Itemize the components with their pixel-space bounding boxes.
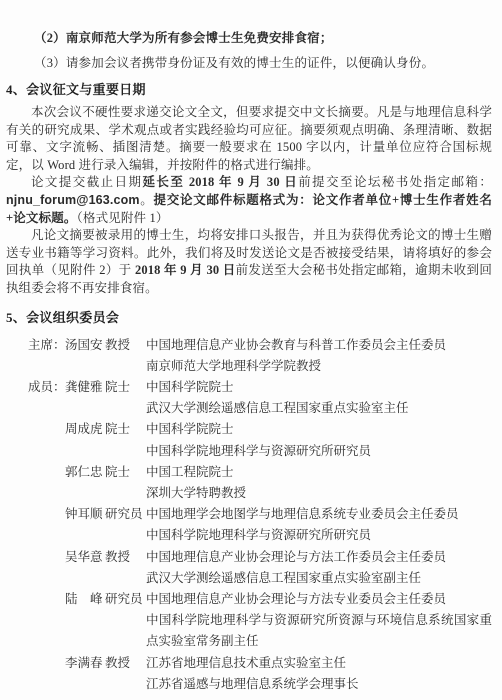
member-role — [28, 653, 65, 695]
member-role: 主席： — [28, 335, 65, 377]
member-role — [28, 504, 65, 546]
committee-row: 陆 峰 研究员 中国地理信息产业协会理论与方法专业委员会主任委员中国科学院地理科… — [28, 589, 492, 653]
member-affiliations: 中国地理信息产业协会教育与科普工作委员会主任委员南京师范大学地理科学学院教授 — [146, 335, 492, 377]
affiliation-line: 中国科学院地理科学与资源研究所研究员 — [146, 525, 492, 546]
member-title: 研究员 — [105, 504, 146, 546]
member-name: 汤国安 — [65, 335, 105, 377]
member-title: 教授 — [105, 547, 146, 589]
affiliation-line: 中国地理学会地图学与地理信息系统专业委员会主任委员 — [146, 504, 492, 525]
affiliation-line: 中国科学院地理科学与资源研究所研究员 — [146, 441, 492, 462]
affiliation-line: 中国地理信息产业协会理论与方法工作委员会主任委员 — [146, 547, 492, 568]
affiliation-line: 中国地理信息产业协会理论与方法专业委员会主任委员 — [146, 589, 492, 610]
text-run: 。 — [140, 193, 154, 207]
member-role — [28, 547, 65, 589]
member-affiliations: 江苏省地理信息技术重点实验室主任江苏省遥感与地理信息系统学会理事长 — [146, 653, 492, 695]
affiliation-line: 武汉大学测绘遥感信息工程国家重点实验室主任 — [146, 398, 492, 419]
member-title: 研究员 — [105, 589, 146, 653]
committee-row: 钟耳顺 研究员 中国地理学会地图学与地理信息系统专业委员会主任委员中国科学院地理… — [28, 504, 492, 546]
member-name: 吴华意 — [65, 547, 105, 589]
member-title: 院士 — [105, 462, 146, 504]
affiliation-line: 中国科学院院士 — [146, 419, 492, 440]
committee-list: 主席： 汤国安 教授 中国地理信息产业协会教育与科普工作委员会主任委员南京师范大… — [6, 335, 492, 695]
paragraph-submission-deadline: 论文提交截止日期延长至 2018 年 9 月 30 日前提交至论坛秘书处指定邮箱… — [6, 174, 492, 227]
member-affiliations: 中国工程院院士深圳大学特聘教授 — [146, 462, 492, 504]
member-title: 教授 — [105, 653, 146, 695]
member-name: 陆 峰 — [65, 589, 105, 653]
member-affiliations: 中国科学院院士武汉大学测绘遥感信息工程国家重点实验室主任 — [146, 377, 492, 419]
member-role — [28, 419, 65, 461]
text-run: 延长至 2018 年 9 月 30 日 — [142, 175, 298, 189]
affiliation-line: 江苏省遥感与地理信息系统学会理事长 — [146, 674, 492, 695]
section-4-heading: 4、会议征文与重要日期 — [6, 79, 492, 100]
document-page: （2）南京师范大学为所有参会博士生免费安排食宿；（3）请参加会议者携带身份证及有… — [0, 0, 502, 700]
member-affiliations: 中国科学院院士中国科学院地理科学与资源研究所研究员 — [146, 419, 492, 461]
committee-row: 周成虎 院士 中国科学院院士中国科学院地理科学与资源研究所研究员 — [28, 419, 492, 461]
committee-row: 成员： 龚健雅 院士 中国科学院院士武汉大学测绘遥感信息工程国家重点实验室主任 — [28, 377, 492, 419]
member-affiliations: 中国地理信息产业协会理论与方法工作委员会主任委员武汉大学测绘遥感信息工程国家重点… — [146, 547, 492, 589]
note-item: （3）请参加会议者携带身份证及有效的博士生的证件，以便确认身份。 — [6, 51, 492, 76]
committee-row: 主席： 汤国安 教授 中国地理信息产业协会教育与科普工作委员会主任委员南京师范大… — [28, 335, 492, 377]
member-title: 教授 — [105, 335, 146, 377]
member-title: 院士 — [105, 377, 146, 419]
affiliation-line: 中国地理信息产业协会教育与科普工作委员会主任委员 — [146, 335, 492, 356]
member-affiliations: 中国地理学会地图学与地理信息系统专业委员会主任委员中国科学院地理科学与资源研究所… — [146, 504, 492, 546]
paragraph-acceptance-notice: 凡论文摘要被录用的博士生，均将安排口头报告，并且为获得优秀论文的博士生赠送专业书… — [6, 227, 492, 297]
affiliation-line: 中国工程院院士 — [146, 462, 492, 483]
text-run: 论文提交截止日期 — [31, 175, 142, 189]
committee-row: 郭仁忠 院士 中国工程院院士深圳大学特聘教授 — [28, 462, 492, 504]
member-name: 龚健雅 — [65, 377, 105, 419]
member-affiliations: 中国地理信息产业协会理论与方法专业委员会主任委员中国科学院地理科学与资源研究所资… — [146, 589, 492, 653]
affiliation-line: 江苏省地理信息技术重点实验室主任 — [146, 653, 492, 674]
committee-row: 吴华意 教授 中国地理信息产业协会理论与方法工作委员会主任委员武汉大学测绘遥感信… — [28, 547, 492, 589]
paragraph-abstract-requirements: 本次会议不硬性要求递交论文全文，但要求提交中文长摘要。凡是与地理信息科学有关的研… — [6, 104, 492, 174]
member-name: 郭仁忠 — [65, 462, 105, 504]
member-name: 李满春 — [65, 653, 105, 695]
member-name: 钟耳顺 — [65, 504, 105, 546]
affiliation-line: 武汉大学测绘遥感信息工程国家重点实验室副主任 — [146, 568, 492, 589]
affiliation-line: 中国科学院地理科学与资源研究所资源与环境信息系统国家重点实验室常务副主任 — [146, 610, 492, 652]
member-name: 周成虎 — [65, 419, 105, 461]
section-5-heading: 5、会议组织委员会 — [6, 307, 492, 328]
member-role — [28, 462, 65, 504]
text-run: njnu_forum@163.com — [6, 193, 140, 207]
note-item: （2）南京师范大学为所有参会博士生免费安排食宿； — [6, 26, 492, 51]
affiliation-line: 深圳大学特聘教授 — [146, 483, 492, 504]
notes-list: （2）南京师范大学为所有参会博士生免费安排食宿；（3）请参加会议者携带身份证及有… — [6, 26, 492, 76]
member-role — [28, 589, 65, 653]
affiliation-line: 中国科学院院士 — [146, 377, 492, 398]
member-title: 院士 — [105, 419, 146, 461]
affiliation-line: 南京师范大学地理科学学院教授 — [146, 356, 492, 377]
text-run: （格式见附件 1） — [77, 211, 169, 225]
text-run: 前提交至论坛秘书处指定邮箱： — [298, 175, 492, 189]
member-role: 成员： — [28, 377, 65, 419]
committee-row: 李满春 教授 江苏省地理信息技术重点实验室主任江苏省遥感与地理信息系统学会理事长 — [28, 653, 492, 695]
text-run: 2018 年 9 月 30 日 — [135, 263, 236, 277]
